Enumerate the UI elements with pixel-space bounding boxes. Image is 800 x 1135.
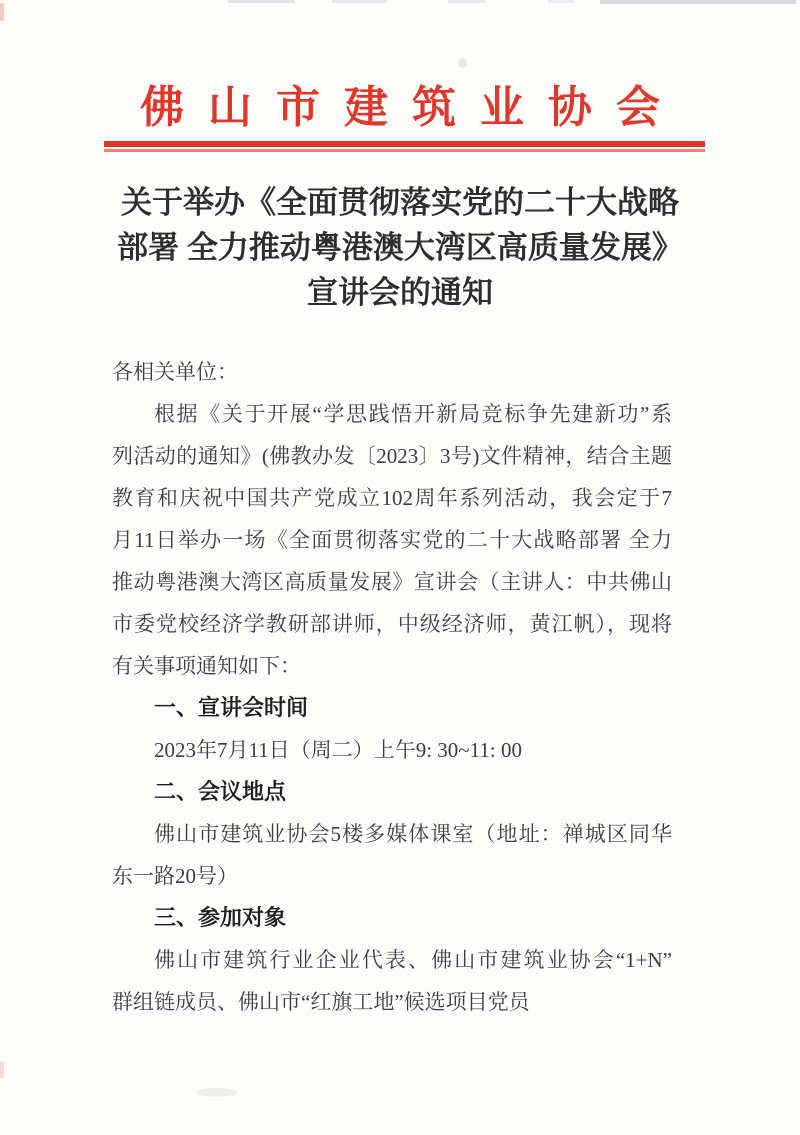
venue-line: 佛山市建筑业协会5楼多媒体课室（地址：禅城区同华 — [112, 813, 672, 855]
scan-artifact — [0, 1062, 4, 1078]
paragraph-line: 有关事项通知如下： — [112, 645, 672, 687]
paragraph-line: 教育和庆祝中国共产党成立102周年系列活动，我会定于7 — [112, 477, 672, 519]
scan-artifact — [228, 0, 294, 3]
scan-artifact — [332, 0, 387, 3]
section-heading-time: 一、宣讲会时间 — [112, 687, 672, 729]
scan-artifact — [458, 58, 467, 68]
attendees-line: 群组链成员、佛山市“红旗工地”候选项目党员 — [112, 981, 672, 1023]
meeting-time: 2023年7月11日（周二）上午9: 30~11: 00 — [112, 729, 672, 771]
notice-title-line-2: 部署 全力推动粤港澳大湾区高质量发展》 — [40, 225, 760, 270]
notice-body: 各相关单位： 根据《关于开展“学思践悟开新局竞标争先建新功”系 列活动的通知》(… — [112, 351, 672, 1023]
paragraph-line: 市委党校经济学教研部讲师，中级经济师，黄江帆），现将 — [112, 603, 672, 645]
scan-artifact — [0, 3, 4, 21]
paragraph-line: 月11日举办一场《全面贯彻落实党的二十大战略部署 全力 — [112, 519, 672, 561]
salutation: 各相关单位： — [112, 351, 672, 393]
letterhead-rule-shadow — [104, 149, 705, 152]
scan-artifact — [600, 0, 796, 4]
notice-title: 关于举办《全面贯彻落实党的二十大战略 部署 全力推动粤港澳大湾区高质量发展》 宣… — [40, 180, 760, 315]
paragraph-line: 列活动的通知》(佛教办发〔2023〕3号)文件精神，结合主题 — [112, 435, 672, 477]
venue-line: 东一路20号） — [112, 855, 672, 897]
scanned-notice-page: 佛山市建筑业协会 关于举办《全面贯彻落实党的二十大战略 部署 全力推动粤港澳大湾… — [0, 0, 800, 1135]
notice-title-line-3: 宣讲会的通知 — [40, 270, 760, 315]
paragraph-line: 根据《关于开展“学思践悟开新局竞标争先建新功”系 — [112, 393, 672, 435]
section-heading-venue: 二、会议地点 — [112, 771, 672, 813]
section-heading-attendees: 三、参加对象 — [112, 897, 672, 939]
scan-artifact — [448, 0, 486, 3]
letterhead-rule — [104, 141, 705, 147]
notice-title-line-1: 关于举办《全面贯彻落实党的二十大战略 — [40, 180, 760, 225]
scan-artifact — [196, 1088, 238, 1097]
letterhead-org-name: 佛山市建筑业协会 — [12, 84, 800, 132]
attendees-line: 佛山市建筑行业企业代表、佛山市建筑业协会“1+N” — [112, 939, 672, 981]
paragraph-line: 推动粤港澳大湾区高质量发展》宣讲会（主讲人：中共佛山 — [112, 561, 672, 603]
scan-artifact — [548, 0, 574, 3]
